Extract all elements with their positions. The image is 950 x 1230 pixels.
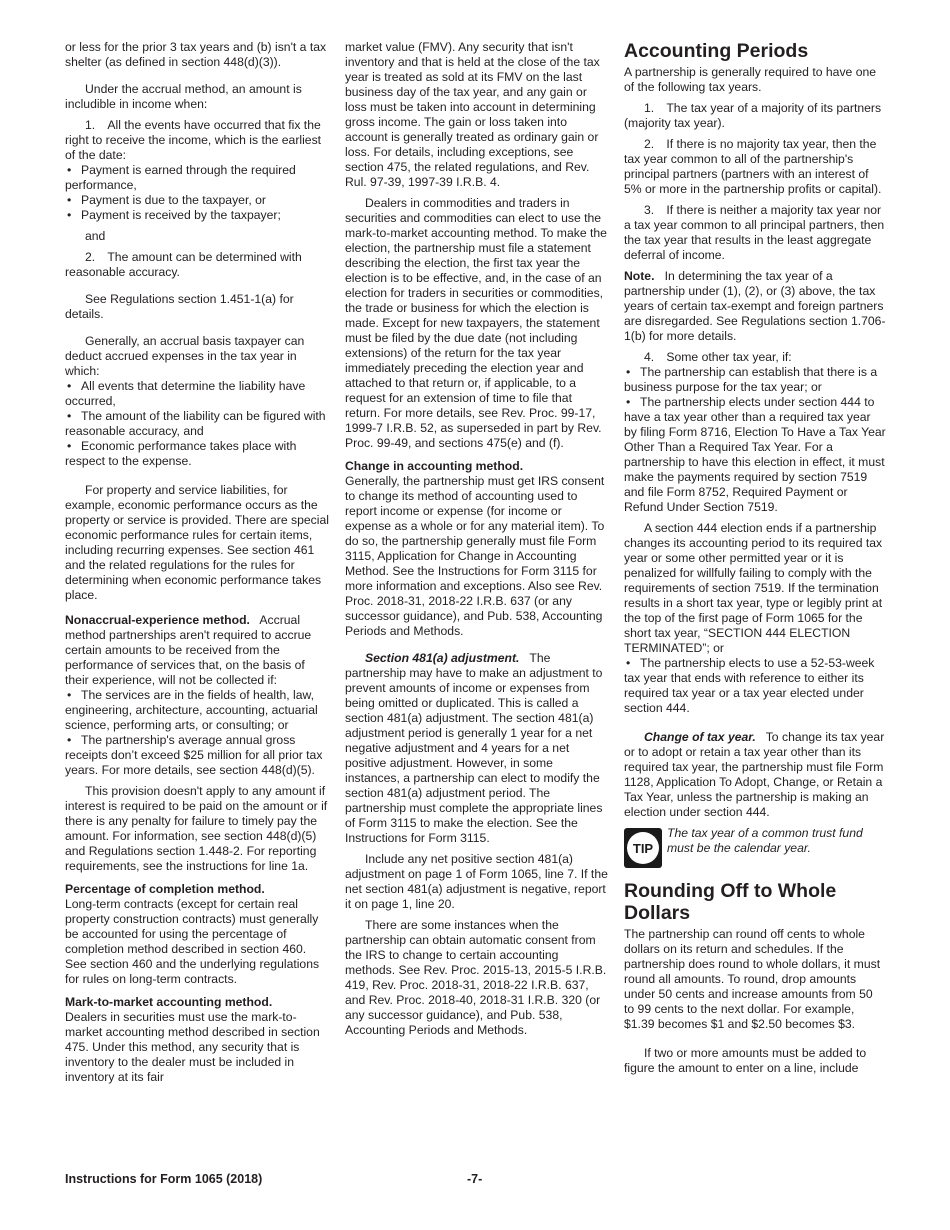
bullet-icon: • xyxy=(624,365,640,380)
numbered-item: 4. Some other tax year, if: xyxy=(624,350,886,365)
paragraph: A section 444 election ends if a partner… xyxy=(624,521,886,656)
paragraph: See Regulations section 1.451-1(a) for d… xyxy=(65,292,329,322)
numbered-item: 1. All the events have occurred that fix… xyxy=(65,118,329,163)
list-item: •The amount of the liability can be figu… xyxy=(65,409,329,439)
section-heading: Accounting Periods xyxy=(624,40,886,62)
column-3: Accounting Periods A partnership is gene… xyxy=(624,40,886,1082)
paragraph: Percentage of completion method.Long-ter… xyxy=(65,882,329,987)
bullet-list: •Payment is earned through the required … xyxy=(65,163,329,223)
note-label: Note. xyxy=(624,269,654,283)
tip-box: TIP The tax year of a common trust fund … xyxy=(624,826,886,868)
paragraph: Generally, an accrual basis taxpayer can… xyxy=(65,334,329,379)
list-item: •The partnership elects under section 44… xyxy=(624,395,886,515)
bullet-icon: • xyxy=(65,439,81,454)
numbered-item: 2. The amount can be determined with rea… xyxy=(65,250,329,280)
numbered-item: 1. The tax year of a majority of its par… xyxy=(624,101,886,131)
bullet-icon: • xyxy=(65,733,81,748)
paragraph: A partnership is generally required to h… xyxy=(624,65,886,95)
list-item: •The partnership elects to use a 52-53-w… xyxy=(624,656,886,716)
bullet-icon: • xyxy=(65,379,81,394)
paragraph: or less for the prior 3 tax years and (b… xyxy=(65,40,329,70)
numbered-item: 3. If there is neither a majority tax ye… xyxy=(624,203,886,263)
paragraph: and xyxy=(65,229,329,244)
numbered-item: 2. If there is no majority tax year, the… xyxy=(624,137,886,197)
run-in-heading: Change in accounting method. xyxy=(345,459,523,473)
run-in-heading: Change of tax year. xyxy=(644,730,756,744)
footer-title: Instructions for Form 1065 (2018) xyxy=(65,1172,262,1186)
run-in-heading: Mark-to-market accounting method. xyxy=(65,995,272,1009)
bullet-list: •All events that determine the liability… xyxy=(65,379,329,469)
list-item: •The services are in the fields of healt… xyxy=(65,688,329,733)
bullet-list: •The services are in the fields of healt… xyxy=(65,688,329,778)
list-item: •The partnership's average annual gross … xyxy=(65,733,329,778)
paragraph: There are some instances when the partne… xyxy=(345,918,609,1038)
paragraph: Change of tax year. To change its tax ye… xyxy=(624,730,886,820)
list-item: •The partnership can establish that ther… xyxy=(624,365,886,395)
run-in-heading: Nonaccrual-experience method. xyxy=(65,613,250,627)
list-item: •Payment is due to the taxpayer, or xyxy=(65,193,329,208)
page-number: -7- xyxy=(467,1172,482,1186)
bullet-icon: • xyxy=(65,688,81,703)
bullet-icon: • xyxy=(65,409,81,424)
tip-text: The tax year of a common trust fund must… xyxy=(667,826,886,856)
paragraph: Section 481(a) adjustment. The partnersh… xyxy=(345,651,609,846)
bullet-list: •The partnership can establish that ther… xyxy=(624,365,886,515)
column-2: market value (FMV). Any security that is… xyxy=(345,40,609,1044)
paragraph: Dealers in commodities and traders in se… xyxy=(345,196,609,451)
paragraph: Under the accrual method, an amount is i… xyxy=(65,82,329,112)
list-item: •Payment is earned through the required … xyxy=(65,163,329,193)
paragraph: Mark-to-market accounting method.Dealers… xyxy=(65,995,329,1085)
run-in-heading: Percentage of completion method. xyxy=(65,882,265,896)
bullet-icon: • xyxy=(65,208,81,223)
bullet-icon: • xyxy=(624,656,640,671)
column-1: or less for the prior 3 tax years and (b… xyxy=(65,40,329,1091)
paragraph: Change in accounting method.Generally, t… xyxy=(345,459,609,639)
bullet-list: •The partnership elects to use a 52-53-w… xyxy=(624,656,886,716)
paragraph: If two or more amounts must be added to … xyxy=(624,1046,886,1076)
bullet-icon: • xyxy=(65,163,81,178)
note: Note. In determining the tax year of a p… xyxy=(624,269,886,344)
paragraph: The partnership can round off cents to w… xyxy=(624,927,886,1032)
paragraph: Include any net positive section 481(a) … xyxy=(345,852,609,912)
paragraph: For property and service liabilities, fo… xyxy=(65,483,329,603)
bullet-icon: • xyxy=(624,395,640,410)
list-item: •Economic performance takes place with r… xyxy=(65,439,329,469)
paragraph: market value (FMV). Any security that is… xyxy=(345,40,609,190)
paragraph: This provision doesn't apply to any amou… xyxy=(65,784,329,874)
list-item: •All events that determine the liability… xyxy=(65,379,329,409)
run-in-heading: Section 481(a) adjustment. xyxy=(365,651,519,665)
bullet-icon: • xyxy=(65,193,81,208)
section-heading: Rounding Off to Whole Dollars xyxy=(624,880,886,924)
paragraph: Nonaccrual-experience method. Accrual me… xyxy=(65,613,329,688)
list-item: •Payment is received by the taxpayer; xyxy=(65,208,329,223)
tip-icon: TIP xyxy=(624,828,662,868)
